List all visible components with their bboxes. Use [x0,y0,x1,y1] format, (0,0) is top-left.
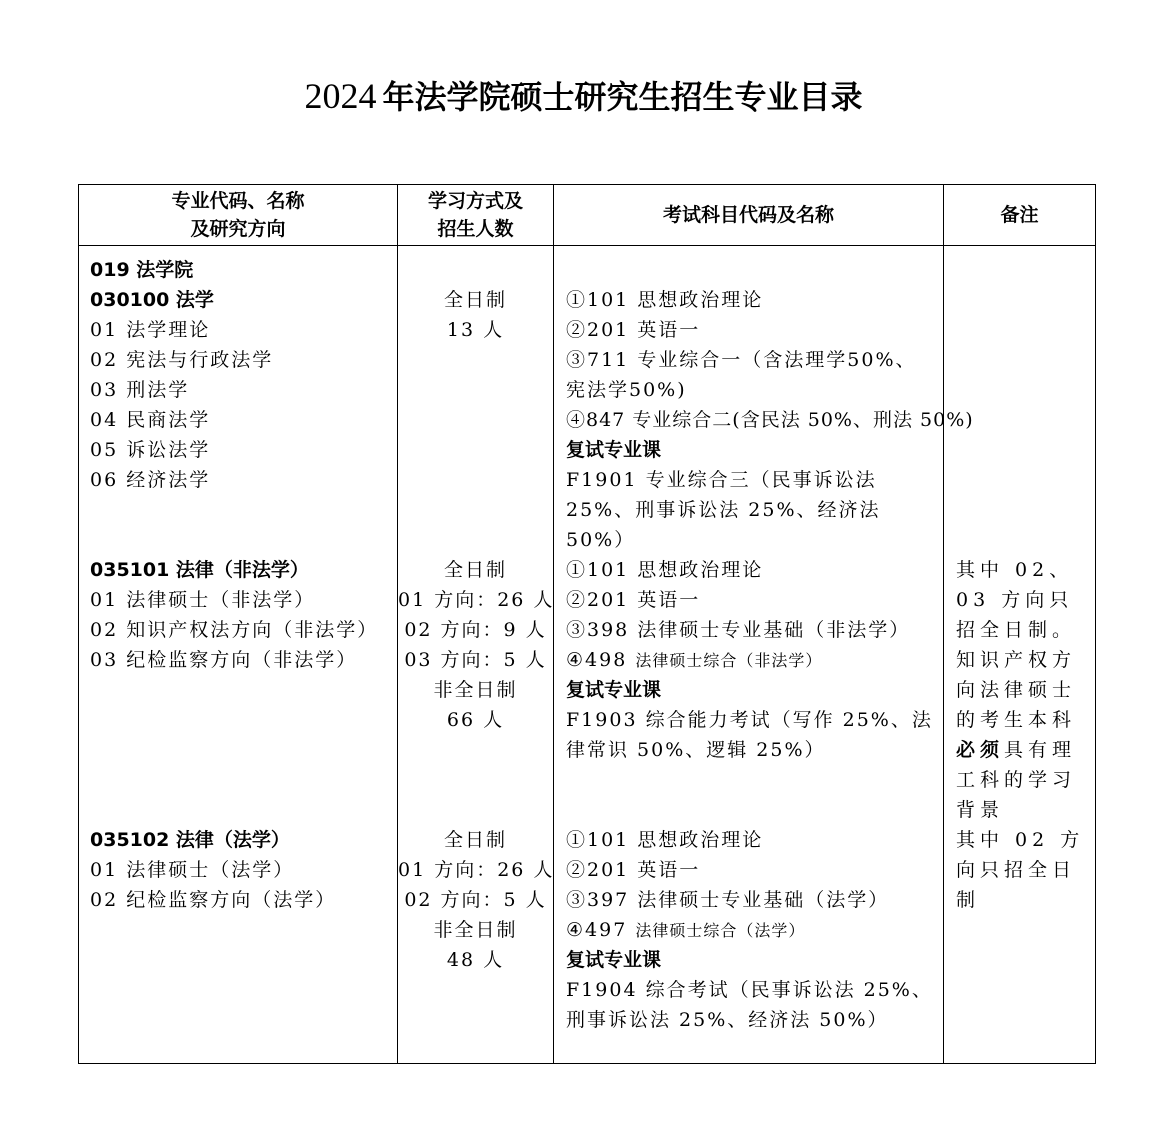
header-remarks: 备注 [944,185,1096,246]
direction-item: 02 知识产权法方向（非法学） [90,615,397,645]
exam-subject: ④498 法律硕士综合（非法学） [566,645,937,675]
direction-item: 01 法律硕士（法学） [90,855,397,885]
study-mode-item: 01 方向：26 人 [398,855,553,885]
program-catalog-table: 专业代码、名称 及研究方向 学习方式及 招生人数 考试科目代码及名称 备注 01… [78,184,1096,1064]
exam-subjects-cell: ①101 思想政治理论 ②201 英语一 ③397 法律硕士专业基础（法学） ④… [554,825,944,1064]
major-cell: 019 法学院 030100 法学 01 法学理论 02 宪法与行政法学 03 … [79,246,398,556]
study-mode-cell: 全日制 13 人 [398,246,554,556]
study-mode-item: 13 人 [398,315,553,345]
direction-item: 05 诉讼法学 [90,435,397,465]
exam-subject: ③397 法律硕士专业基础（法学） [566,885,937,915]
retest-subject: F1901 专业综合三（民事诉讼法 25%、刑事诉讼法 25%、经济法 50%） [566,465,937,555]
study-mode-item: 66 人 [398,705,553,735]
remark-cell: 其中 02、03 方向只招全日制。知识产权方向法律硕士的考生本科必须具有理工科的… [944,555,1096,825]
direction-item: 01 法律硕士（非法学） [90,585,397,615]
major-title: 030100 法学 [90,285,397,315]
direction-item: 03 刑法学 [90,375,397,405]
study-mode-item: 03 方向：5 人 [398,645,553,675]
major-cell: 035102 法律（法学） 01 法律硕士（法学） 02 纪检监察方向（法学） [79,825,398,1064]
exam-subject: ③398 法律硕士专业基础（非法学） [566,615,937,645]
direction-item: 02 纪检监察方向（法学） [90,885,397,915]
direction-item: 06 经济法学 [90,465,397,495]
exam-subject: ④497 法律硕士综合（法学） [566,915,937,945]
study-mode-item: 全日制 [398,825,553,855]
header-major: 专业代码、名称 及研究方向 [79,185,398,246]
header-exam-subjects: 考试科目代码及名称 [554,185,944,246]
remark-cell [944,246,1096,556]
study-mode-item: 非全日制 [398,915,553,945]
exam-subject: ②201 英语一 [566,315,937,345]
direction-item: 03 纪检监察方向（非法学） [90,645,397,675]
study-mode-item: 02 方向：5 人 [398,885,553,915]
title-year: 2024 [304,76,376,116]
major-title: 035102 法律（法学） [90,825,397,855]
study-mode-item: 全日制 [398,285,553,315]
major-title: 035101 法律（非法学） [90,555,397,585]
exam-subjects-cell: ①101 思想政治理论 ②201 英语一 ③398 法律硕士专业基础（非法学） … [554,555,944,825]
study-mode-item: 全日制 [398,555,553,585]
retest-label: 复试专业课 [566,435,937,465]
study-mode-item: 48 人 [398,945,553,975]
remark-text: 其中 02 方向只招全日制 [956,825,1087,915]
exam-subject: ④847 专业综合二(含民法 50%、刑法 50%) [566,405,937,435]
title-text: 年法学院硕士研究生招生专业目录 [382,78,862,116]
exam-subject: ①101 思想政治理论 [566,285,937,315]
remark-text: 其中 02、03 方向只招全日制。知识产权方向法律硕士的考生本科必须具有理工科的… [956,555,1087,825]
study-mode-cell: 全日制 01 方向：26 人 02 方向：9 人 03 方向：5 人 非全日制 … [398,555,554,825]
remark-emphasis: 必须 [956,739,1004,761]
remark-cell: 其中 02 方向只招全日制 [944,825,1096,1064]
retest-label: 复试专业课 [566,675,937,705]
exam-subject: ①101 思想政治理论 [566,825,937,855]
header-study-mode: 学习方式及 招生人数 [398,185,554,246]
department-name: 019 法学院 [90,255,397,285]
exam-subject: ①101 思想政治理论 [566,555,937,585]
direction-item: 02 宪法与行政法学 [90,345,397,375]
direction-item: 01 法学理论 [90,315,397,345]
exam-subjects-cell: ①101 思想政治理论 ②201 英语一 ③711 专业综合一（含法理学50%、… [554,246,944,556]
direction-item: 04 民商法学 [90,405,397,435]
retest-subject: F1903 综合能力考试（写作 25%、法律常识 50%、逻辑 25%） [566,705,937,765]
table-row: 019 法学院 030100 法学 01 法学理论 02 宪法与行政法学 03 … [79,246,1096,556]
study-mode-item: 非全日制 [398,675,553,705]
table-row: 035102 法律（法学） 01 法律硕士（法学） 02 纪检监察方向（法学） … [79,825,1096,1064]
page-title: 2024年法学院硕士研究生招生专业目录 [0,72,1167,121]
study-mode-cell: 全日制 01 方向：26 人 02 方向：5 人 非全日制 48 人 [398,825,554,1064]
exam-subject: ②201 英语一 [566,585,937,615]
table-header-row: 专业代码、名称 及研究方向 学习方式及 招生人数 考试科目代码及名称 备注 [79,185,1096,246]
table-row: 035101 法律（非法学） 01 法律硕士（非法学） 02 知识产权法方向（非… [79,555,1096,825]
major-cell: 035101 法律（非法学） 01 法律硕士（非法学） 02 知识产权法方向（非… [79,555,398,825]
exam-subject: ②201 英语一 [566,855,937,885]
study-mode-item: 01 方向：26 人 [398,585,553,615]
study-mode-item: 02 方向：9 人 [398,615,553,645]
exam-subject: ③711 专业综合一（含法理学50%、宪法学50%) [566,345,937,405]
retest-label: 复试专业课 [566,945,937,975]
retest-subject: F1904 综合考试（民事诉讼法 25%、刑事诉讼法 25%、经济法 50%） [566,975,937,1035]
